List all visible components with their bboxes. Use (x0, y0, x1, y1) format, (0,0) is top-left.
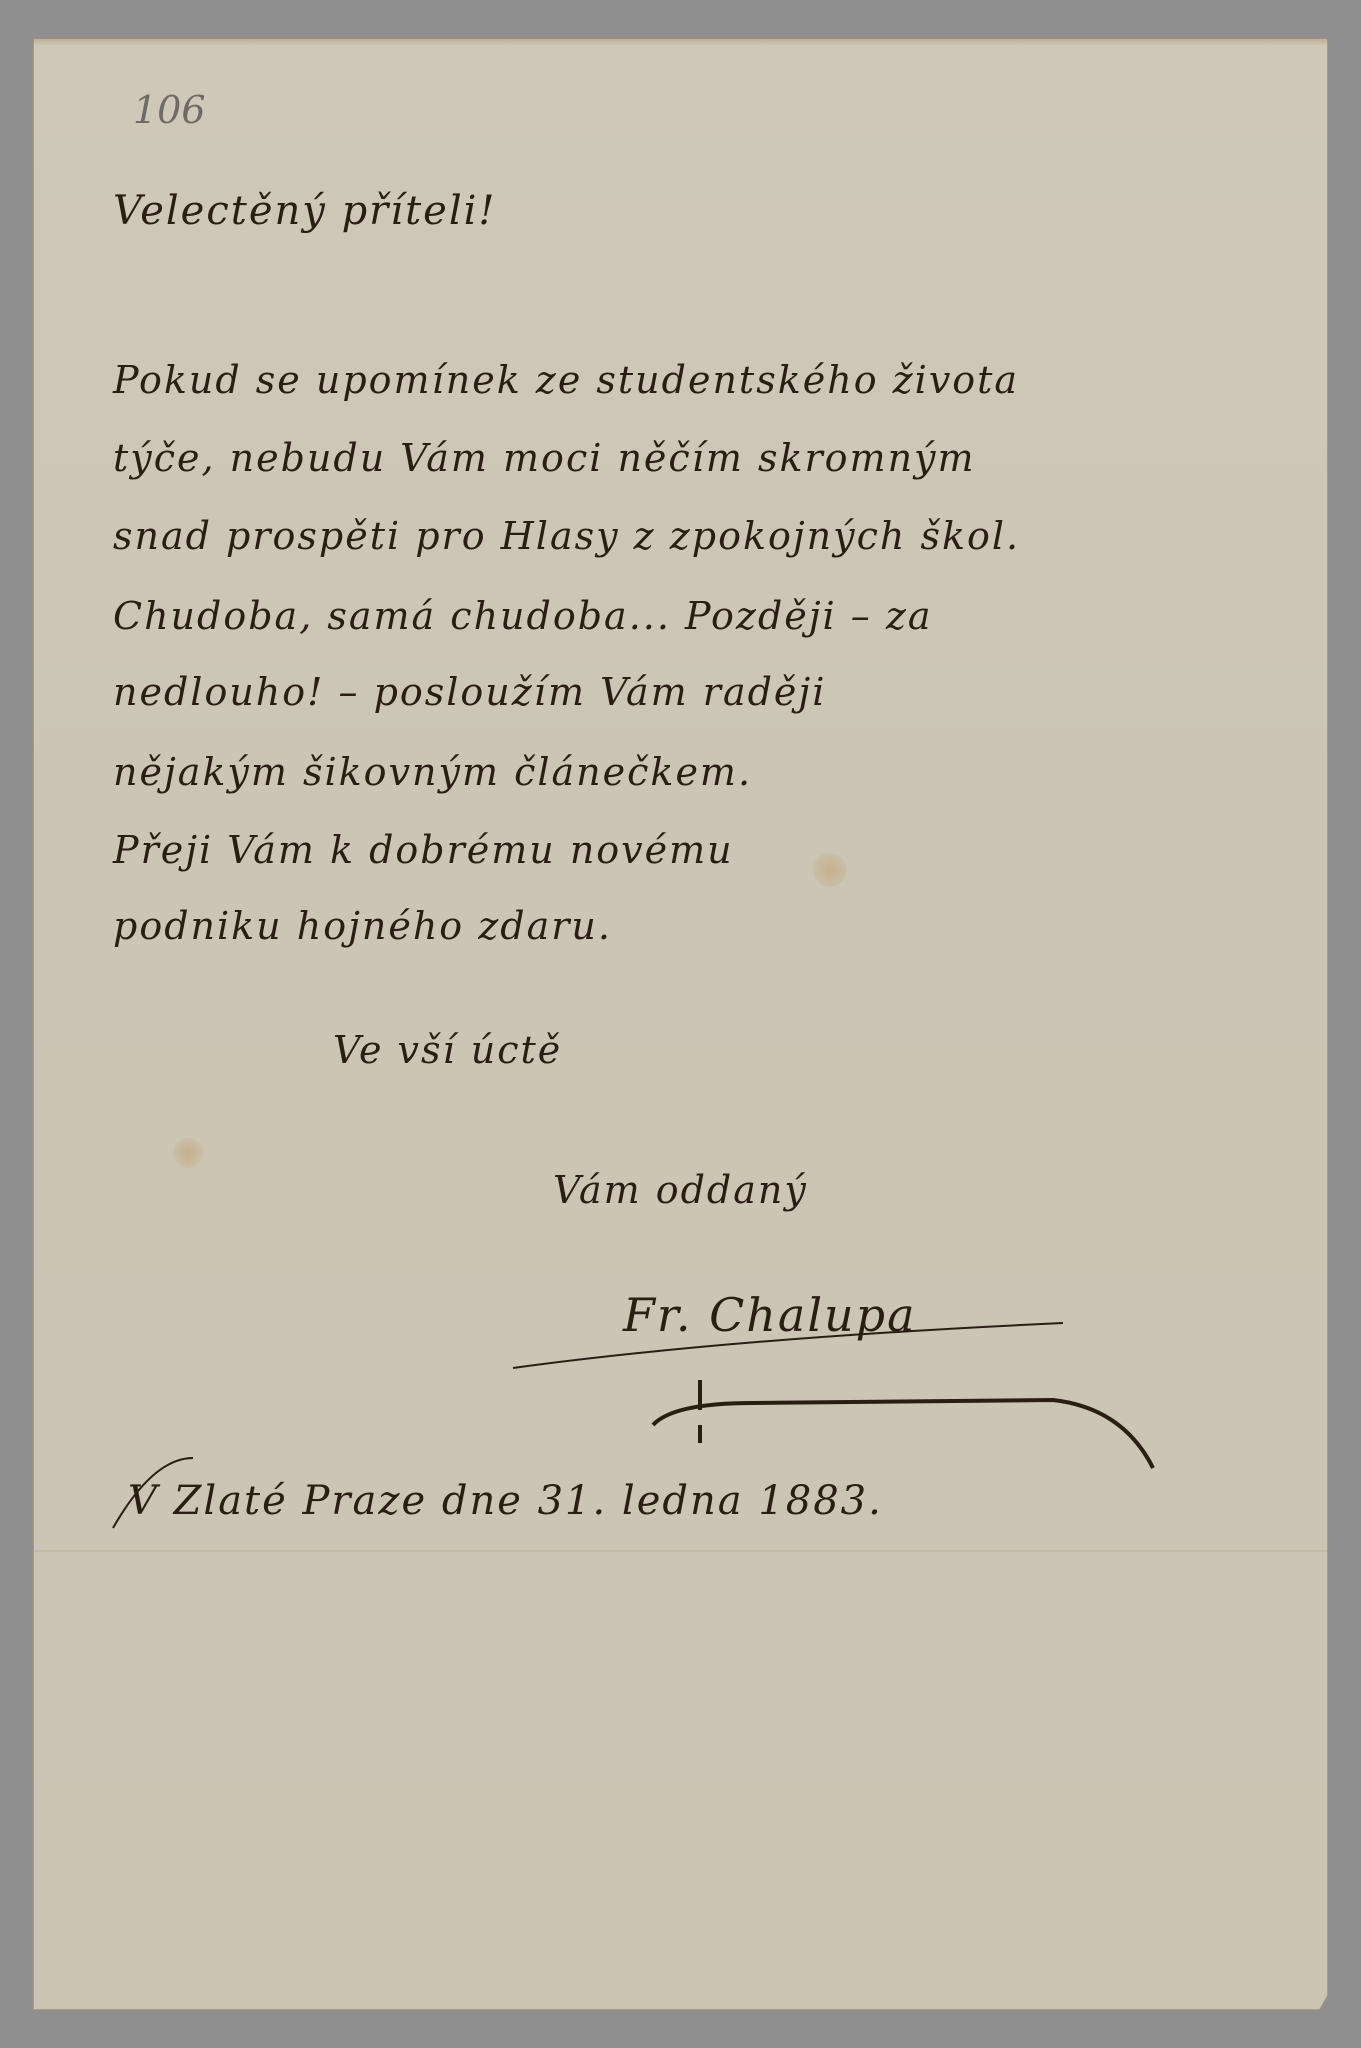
signature-flourish (33, 38, 1328, 2010)
letter-page: 106 Velectěný příteli! Pokud se upomínek… (33, 38, 1328, 2010)
place-date: V Zlaté Praze dne 31. ledna 1883. (128, 1478, 883, 1524)
